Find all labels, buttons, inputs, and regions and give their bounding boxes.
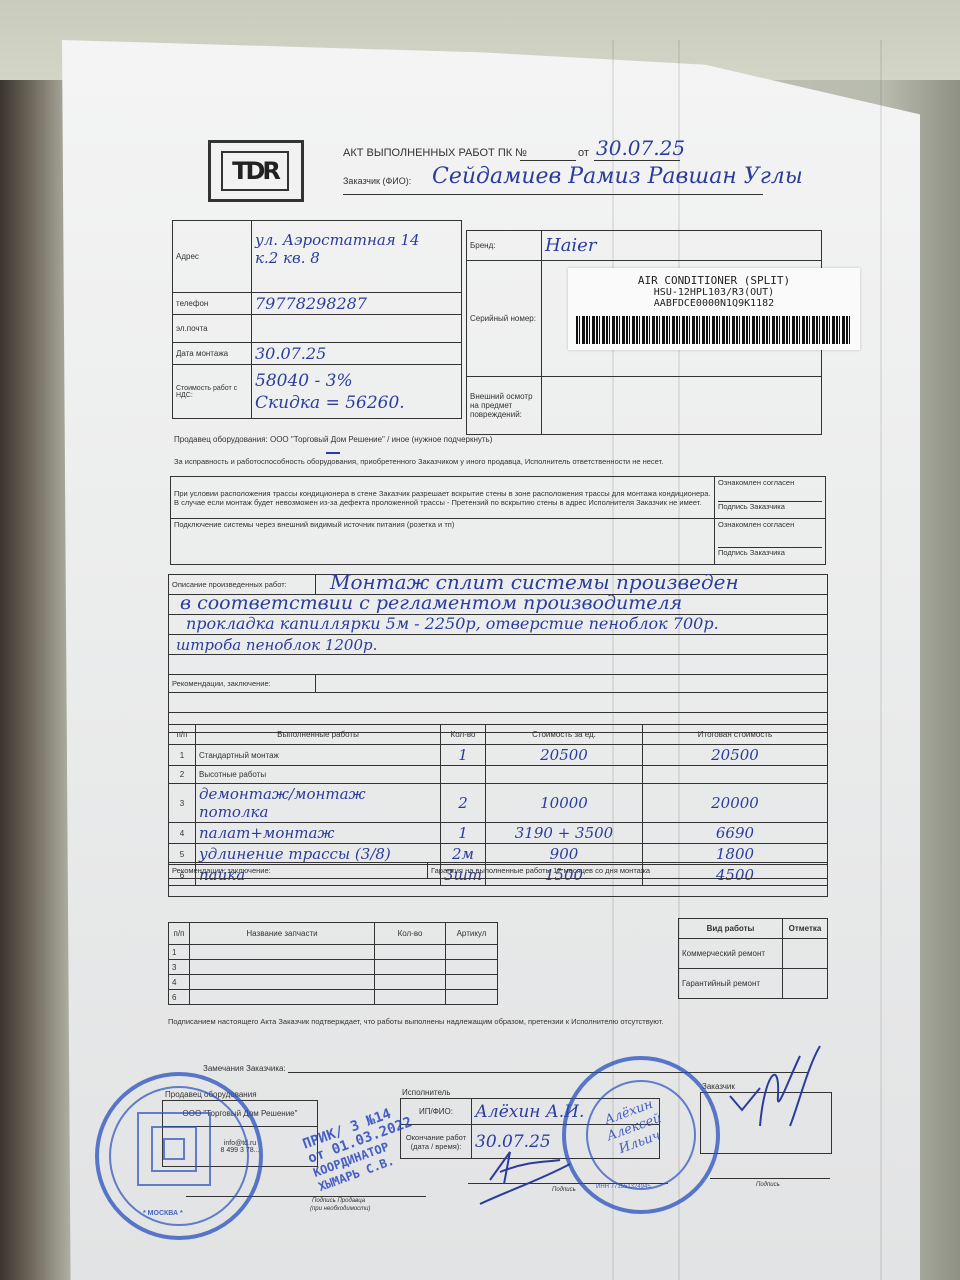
consent-agree: Ознакомлен согласен xyxy=(718,478,822,487)
barcode xyxy=(576,316,852,344)
table-row: 4палат+монтаж13190 + 35006690 xyxy=(169,823,828,844)
work-qty[interactable]: 1 xyxy=(441,745,486,766)
logo-text: TDR xyxy=(221,151,289,191)
work-type-header: Вид работы xyxy=(679,919,783,939)
brand-label: Бренд: xyxy=(467,231,542,261)
part-qty[interactable] xyxy=(375,990,446,1005)
address-line1: ул. Аэростатная 14 xyxy=(255,231,420,249)
part-qty[interactable] xyxy=(375,945,446,960)
col-header-unit-price: Стоимость за ед. xyxy=(485,725,642,745)
cost-field[interactable]: 58040 - 3%Скидка = 56260. xyxy=(252,365,462,419)
sticker-model: HSU-12HPL103/R3(OUT) xyxy=(568,287,860,298)
client-info-table: Адрес ул. Аэростатная 14к.2 кв. 8 телефо… xyxy=(172,220,462,419)
print-streak xyxy=(880,40,882,1280)
row-num: 2 xyxy=(169,766,196,784)
customer-name[interactable]: Сейдамиев Рамиз Равшан Углы xyxy=(432,164,803,189)
work-name[interactable]: Стандартный монтаж xyxy=(196,745,441,766)
address-line2: к.2 кв. 8 xyxy=(255,249,320,267)
warranty-note: Гарантия на выполненные работы 12 месяце… xyxy=(428,863,828,879)
parts-header-name: Название запчасти xyxy=(190,923,375,945)
part-name[interactable] xyxy=(190,945,375,960)
serial-label: Серийный номер: xyxy=(467,261,542,377)
unit-price[interactable]: 10000 xyxy=(485,784,642,823)
install-date-label: Дата монтажа xyxy=(173,343,252,365)
cost-line2: Скидка = 56260. xyxy=(255,393,405,413)
part-n: 3 xyxy=(169,960,190,975)
seller-stamp-text: * МОСКВА * xyxy=(143,1210,183,1217)
sticker-title: AIR CONDITIONER (SPLIT) xyxy=(568,274,860,287)
cost-label: Стоимость работ с НДС: xyxy=(173,365,252,419)
table-row: 6 xyxy=(169,990,498,1005)
install-date-field[interactable]: 30.07.25 xyxy=(252,343,462,365)
sticker-serial: AABFDCE0000N1Q9K1182 xyxy=(568,298,860,309)
work-qty[interactable]: 2 xyxy=(441,784,486,823)
seller-stamp: * МОСКВА * xyxy=(95,1072,263,1240)
address-label: Адрес xyxy=(173,221,252,293)
email-label: эл.почта xyxy=(173,315,252,343)
ip-stamp: Алёхин Алексей Ильич ИНН 771551324945 xyxy=(562,1056,720,1214)
table-row: 3демонтаж/монтаж потолка21000020000 xyxy=(169,784,828,823)
part-qty[interactable] xyxy=(375,975,446,990)
work-qty[interactable]: 1 xyxy=(441,823,486,844)
inspection-field[interactable] xyxy=(542,377,822,435)
consent-sign-label: Подпись Заказчика xyxy=(718,547,822,557)
cost-line1: 58040 - 3% xyxy=(255,371,353,391)
consent-table: При условии расположения трассы кондицио… xyxy=(170,476,826,565)
total-price[interactable]: 20000 xyxy=(642,784,827,823)
seller-sign-label: Подпись Продавца xyxy=(312,1198,365,1204)
work-type-mark[interactable] xyxy=(783,969,828,999)
customer-label: Заказчик (ФИО): xyxy=(343,176,411,186)
part-sku[interactable] xyxy=(446,960,498,975)
table-row: 3 xyxy=(169,960,498,975)
col-header-qty: Кол-во xyxy=(441,725,486,745)
works-recommend-row[interactable] xyxy=(169,879,828,897)
customer-signature xyxy=(720,1036,830,1136)
recommend-label: Рекомендации, заключение: xyxy=(169,675,316,693)
description-row[interactable] xyxy=(169,655,828,675)
table-row: Гарантийный ремонт xyxy=(679,969,828,999)
description-line4: штроба пеноблок 1200р. xyxy=(176,636,377,654)
parts-header-qty: Кол-во xyxy=(375,923,446,945)
act-title: АКТ ВЫПОЛНЕННЫХ РАБОТ ПК № xyxy=(343,147,527,159)
recommend-field[interactable] xyxy=(316,675,828,693)
total-price[interactable] xyxy=(642,766,827,784)
unit-price[interactable]: 20500 xyxy=(485,745,642,766)
date-prefix: от xyxy=(578,147,589,159)
executor-title: Исполнитель xyxy=(402,1088,451,1097)
customer-sign-label: Подпись xyxy=(756,1182,780,1188)
part-n: 6 xyxy=(169,990,190,1005)
parts-table: п/п Название запчасти Кол-во Артикул 134… xyxy=(168,922,498,1005)
seller-sign-note: (при необходимости) xyxy=(310,1206,371,1212)
consent-wall-sign[interactable]: Ознакомлен согласенПодпись Заказчика xyxy=(715,477,826,519)
unit-price[interactable]: 3190 + 3500 xyxy=(485,823,642,844)
consent-power-sign[interactable]: Ознакомлен согласенПодпись Заказчика xyxy=(715,519,826,565)
customer-sign-line xyxy=(710,1178,830,1179)
part-n: 1 xyxy=(169,945,190,960)
mark-header: Отметка xyxy=(783,919,828,939)
inspection-label: Внешний осмотр на предмет повреждений: xyxy=(467,377,542,435)
consent-power-text: Подключение системы через внешний видимы… xyxy=(171,519,715,565)
date-line xyxy=(594,160,680,161)
col-header-work: Выполненные работы xyxy=(196,725,441,745)
work-type-type: Коммерческий ремонт xyxy=(679,939,783,969)
description-line2: в соответствии с регламентом производите… xyxy=(180,592,682,614)
address-field[interactable]: ул. Аэростатная 14к.2 кв. 8 xyxy=(252,221,462,293)
table-row: Коммерческий ремонт xyxy=(679,939,828,969)
description-line1: Монтаж сплит системы произведен xyxy=(330,570,739,594)
consent-wall-text: При условии расположения трассы кондицио… xyxy=(171,477,715,519)
row-num: 4 xyxy=(169,823,196,844)
unit-price[interactable] xyxy=(485,766,642,784)
table-row: 2Высотные работы xyxy=(169,766,828,784)
part-name[interactable] xyxy=(190,975,375,990)
work-name[interactable]: демонтаж/монтаж потолка xyxy=(196,784,441,823)
works-recommend-label: Рекомендации, заключение: xyxy=(169,863,428,879)
row-num: 3 xyxy=(169,784,196,823)
part-sku[interactable] xyxy=(446,990,498,1005)
col-header-num: п/п xyxy=(169,725,196,745)
table-row: 4 xyxy=(169,975,498,990)
work-qty[interactable] xyxy=(441,766,486,784)
part-sku[interactable] xyxy=(446,975,498,990)
part-name[interactable] xyxy=(190,960,375,975)
email-field[interactable] xyxy=(252,315,462,343)
col-header-total: Итоговая стоимость xyxy=(642,725,827,745)
phone-field[interactable]: 79778298287 xyxy=(252,293,462,315)
parts-header-sku: Артикул xyxy=(446,923,498,945)
company-logo: TDR xyxy=(208,140,304,202)
ip-stamp-inn: ИНН 771551324945 xyxy=(596,1184,651,1190)
remarks-label: Замечания Заказчика: xyxy=(203,1064,286,1073)
work-name[interactable]: Высотные работы xyxy=(196,766,441,784)
description-line3: прокладка капиллярки 5м - 2250р, отверст… xyxy=(186,614,719,633)
number-line xyxy=(520,160,576,161)
table-row: 1Стандартный монтаж12050020500 xyxy=(169,745,828,766)
row-num: 1 xyxy=(169,745,196,766)
seller-line: Продавец оборудования: ООО "Торговый Дом… xyxy=(174,435,492,444)
part-name[interactable] xyxy=(190,990,375,1005)
consent-sign-label: Подпись Заказчика xyxy=(718,501,822,511)
seller-underline xyxy=(326,452,340,454)
total-price[interactable]: 20500 xyxy=(642,745,827,766)
works-footer: Рекомендации, заключение: Гарантия на вы… xyxy=(168,862,828,897)
executor-signature xyxy=(470,1140,580,1210)
customer-line xyxy=(343,194,763,195)
phone-label: телефон xyxy=(173,293,252,315)
act-date[interactable]: 30.07.25 xyxy=(596,136,685,160)
liability-line: За исправность и работоспособность обору… xyxy=(174,457,663,466)
part-sku[interactable] xyxy=(446,945,498,960)
brand-field[interactable]: Haier xyxy=(542,231,822,261)
work-type-table: Вид работы Отметка Коммерческий ремонтГа… xyxy=(678,918,828,999)
work-type-mark[interactable] xyxy=(783,939,828,969)
work-type-type: Гарантийный ремонт xyxy=(679,969,783,999)
parts-header-num: п/п xyxy=(169,923,190,945)
part-n: 4 xyxy=(169,975,190,990)
consent-agree: Ознакомлен согласен xyxy=(718,520,822,529)
part-qty[interactable] xyxy=(375,960,446,975)
recommend-row[interactable] xyxy=(169,693,828,713)
confirmation-text: Подписанием настоящего Акта Заказчик под… xyxy=(168,1017,663,1026)
work-name[interactable]: палат+монтаж xyxy=(196,823,441,844)
serial-sticker: AIR CONDITIONER (SPLIT) HSU-12HPL103/R3(… xyxy=(568,268,860,350)
total-price[interactable]: 6690 xyxy=(642,823,827,844)
table-row: 1 xyxy=(169,945,498,960)
